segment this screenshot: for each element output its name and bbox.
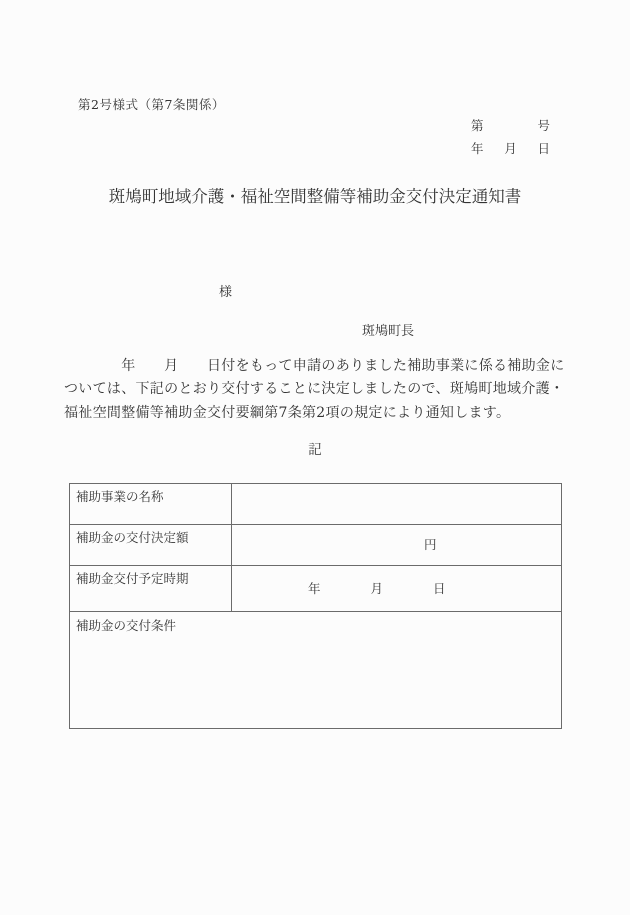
row-value-grant-amount: 円 [232,525,561,565]
table-row-grant-conditions: 補助金の交付条件 [70,611,561,728]
document-page: 第2号様式（第7条関係） 第 号 年 月 日 斑鳩町地域介護・福祉空間整備等補助… [0,0,630,915]
table-row-grant-schedule: 補助金交付予定時期 年 月 日 [70,565,561,611]
year-month-day-labels: 年 月 日 [308,582,446,595]
row-value-project-name [232,484,561,524]
date-month-label: 月 [504,143,517,156]
doc-number-prefix: 第 [471,120,484,133]
table-row-project-name: 補助事業の名称 [70,484,561,524]
document-number-line: 第 号 [471,120,550,133]
form-number: 第2号様式（第7条関係） [78,99,225,112]
row-label-grant-amount: 補助金の交付決定額 [70,525,232,565]
date-line: 年 月 日 [471,143,550,156]
row-value-grant-schedule: 年 月 日 [232,566,561,611]
row-label-project-name: 補助事業の名称 [70,484,232,524]
table-row-grant-amount: 補助金の交付決定額 円 [70,524,561,565]
body-paragraph-line-3: 福祉空間整備等補助金交付要綱第7条第2項の規定により通知します。 [64,406,569,420]
yen-unit-label: 円 [424,539,437,552]
details-table: 補助事業の名称 補助金の交付決定額 円 補助金交付予定時期 年 月 日 補助金の… [69,483,562,729]
section-marker-ki: 記 [0,444,630,458]
document-title: 斑鳩町地域介護・福祉空間整備等補助金交付決定通知書 [0,189,630,206]
date-year-label: 年 [471,143,484,156]
doc-number-suffix: 号 [537,120,550,133]
body-paragraph-line-1: 年 月 日付をもって申請のありました補助事業に係る補助金に [64,359,569,373]
sender-title: 斑鳩町長 [362,325,414,338]
row-label-grant-conditions: 補助金の交付条件 [70,612,561,728]
date-day-label: 日 [537,143,550,156]
body-paragraph-line-2: ついては、下記のとおり交付することに決定しましたので、斑鳩町地域介護・ [64,382,569,396]
addressee-suffix: 様 [219,286,232,299]
row-label-grant-schedule: 補助金交付予定時期 [70,566,232,611]
